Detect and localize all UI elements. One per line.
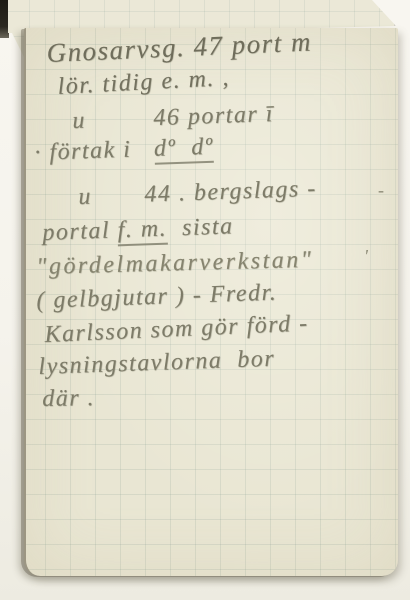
handwriting-line: u 46 portar ī <box>72 102 274 133</box>
handwriting-text: ( gelbgjutar ) - Fredr. <box>36 280 278 314</box>
handwriting-line: "gördelmakarverkstan" <box>36 248 314 279</box>
handwriting-line: lör. tidig e. m. , <box>57 66 230 99</box>
handwriting-text: "gördelmakarverkstan" <box>36 247 314 280</box>
notebook-binding-corner <box>0 0 9 38</box>
handwriting-text: portal <box>42 217 118 246</box>
handwriting-text: Karlsson som gör förd - <box>44 310 309 348</box>
margin-pencil-mark: - <box>378 180 384 201</box>
handwriting-line: portal f. m. sista <box>42 214 234 245</box>
handwriting-line: där . <box>42 386 95 411</box>
handwriting-underlined-text: dº dº <box>153 134 214 165</box>
handwriting-line: lysningstavlorna bor <box>38 347 276 379</box>
notebook-page: Gnosarvsg. 47 port m lör. tidig e. m. , … <box>24 28 398 576</box>
handwriting-line: Gnosarvsg. 47 port m <box>46 28 312 67</box>
handwriting-text: · förtak i <box>34 136 154 166</box>
handwriting-line: · förtak i dº dº <box>34 135 214 165</box>
handwriting-line: Karlsson som gör förd - <box>44 311 309 347</box>
handwriting-text: u 44 . bergslags - <box>78 176 317 210</box>
handwriting-text: Gnosarvsg. 47 port m <box>46 26 313 68</box>
handwriting-text: lysningstavlorna bor <box>38 346 276 380</box>
handwriting-text: där . <box>42 385 95 412</box>
handwriting-text: sista <box>167 213 234 241</box>
handwriting-line: ( gelbgjutar ) - Fredr. <box>36 281 278 313</box>
handwriting-text: lör. tidig e. m. , <box>57 65 230 100</box>
handwriting-underlined-text: f. m. <box>117 216 167 247</box>
handwriting-text: u 46 portar ī <box>72 101 274 134</box>
handwriting-line: u 44 . bergslags - <box>78 177 317 209</box>
margin-pencil-mark: ' <box>364 246 368 267</box>
